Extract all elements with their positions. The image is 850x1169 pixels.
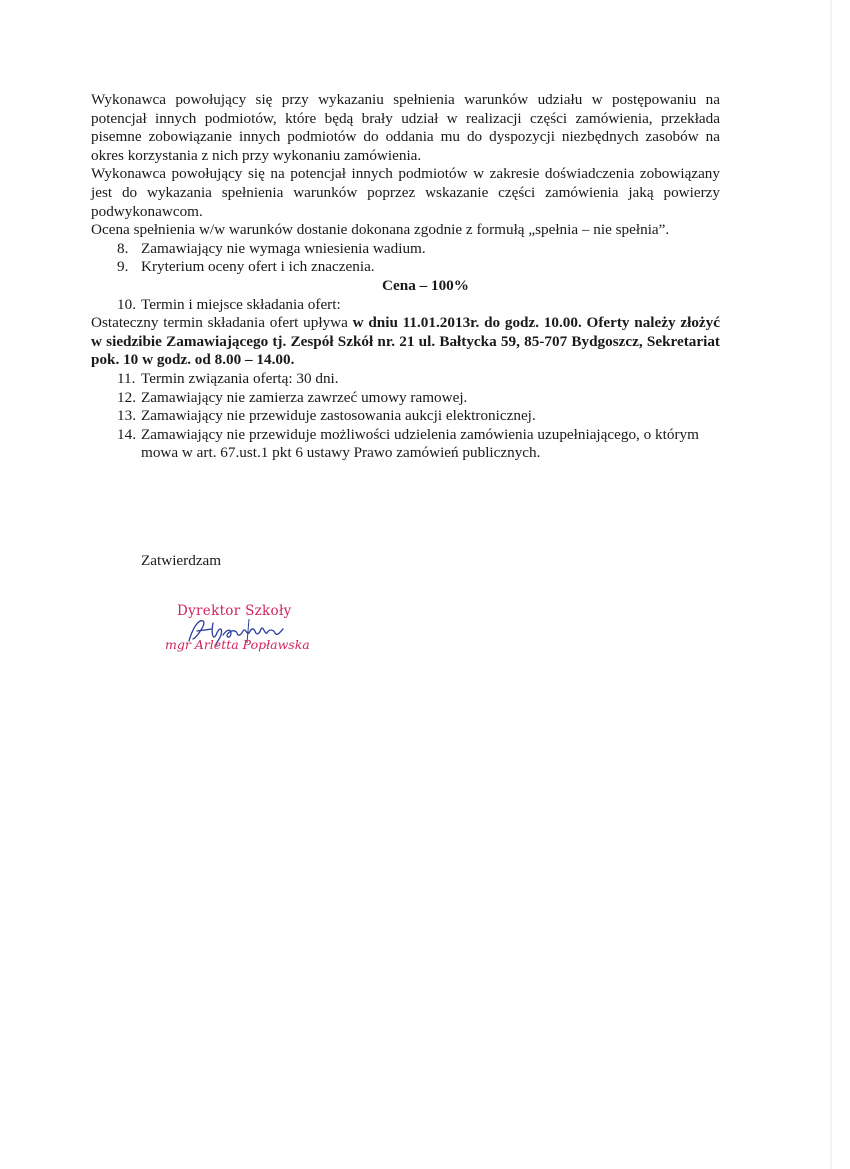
list-item-11: 11. Termin związania ofertą: 30 dni. (91, 370, 720, 389)
list-item-number: 14. (117, 426, 141, 463)
director-stamp: Dyrektor Szkoły mgr Arletta Popławska (165, 603, 315, 663)
deadline-lead: Ostateczny termin składania ofert upływa (91, 314, 353, 331)
list-item-text: Zamawiający nie wymaga wniesienia wadium… (141, 240, 720, 259)
stamp-name: mgr Arletta Popławska (165, 637, 310, 652)
paragraph-subcontractor-resources: Wykonawca powołujący się przy wykazaniu … (91, 91, 720, 165)
numbered-list-10: 10. Termin i miejsce składania ofert: (91, 296, 720, 315)
numbered-list-a: 8. Zamawiający nie wymaga wniesienia wad… (91, 240, 720, 277)
list-item-number: 12. (117, 389, 141, 408)
criterion-price: Cena – 100% (91, 277, 720, 296)
paragraph-subcontractor-experience: Wykonawca powołujący się na potencjał in… (91, 165, 720, 221)
document-body: Wykonawca powołujący się przy wykazaniu … (91, 91, 720, 463)
list-item-number: 13. (117, 407, 141, 426)
approval-label: Zatwierdzam (141, 552, 221, 570)
list-item-12: 12. Zamawiający nie zamierza zawrzeć umo… (91, 389, 720, 408)
numbered-list-b: 11. Termin związania ofertą: 30 dni. 12.… (91, 370, 720, 463)
list-item-text: Zamawiający nie zamierza zawrzeć umowy r… (141, 389, 720, 408)
list-item-number: 9. (117, 258, 141, 277)
paragraph-deadline: Ostateczny termin składania ofert upływa… (91, 314, 720, 370)
list-item-text: Zamawiający nie przewiduje możliwości ud… (141, 426, 720, 463)
list-item-9: 9. Kryterium oceny ofert i ich znaczenia… (91, 258, 720, 277)
list-item-text: Zamawiający nie przewiduje zastosowania … (141, 407, 720, 426)
list-item-10: 10. Termin i miejsce składania ofert: (91, 296, 720, 315)
list-item-number: 11. (117, 370, 141, 389)
list-item-13: 13. Zamawiający nie przewiduje zastosowa… (91, 407, 720, 426)
paragraph-evaluation-formula: Ocena spełnienia w/w warunków dostanie d… (91, 221, 720, 240)
list-item-text: Termin i miejsce składania ofert: (141, 296, 720, 315)
list-item-8: 8. Zamawiający nie wymaga wniesienia wad… (91, 240, 720, 259)
list-item-number: 10. (117, 296, 141, 315)
scan-edge (830, 0, 832, 1169)
list-item-text: Kryterium oceny ofert i ich znaczenia. (141, 258, 720, 277)
list-item-text: Termin związania ofertą: 30 dni. (141, 370, 720, 389)
list-item-number: 8. (117, 240, 141, 259)
list-item-14: 14. Zamawiający nie przewiduje możliwośc… (91, 426, 720, 463)
